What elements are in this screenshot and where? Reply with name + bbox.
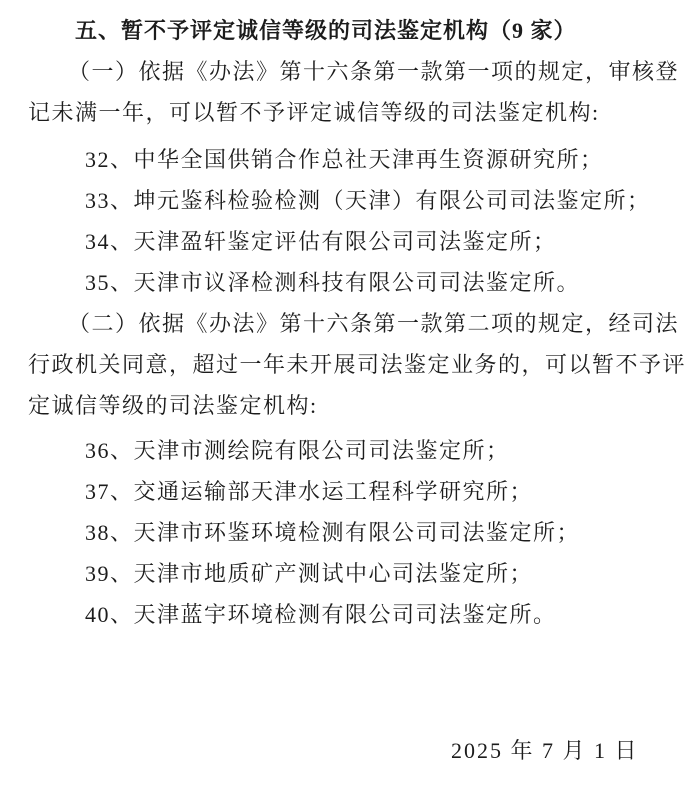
section-1-intro-line-2: 记未满一年，可以暂不予评定诚信等级的司法鉴定机构: bbox=[28, 92, 690, 133]
list-item-39: 39、天津市地质矿产测试中心司法鉴定所； bbox=[28, 553, 690, 594]
document-date: 2025 年 7 月 1 日 bbox=[28, 730, 690, 771]
list-item-33: 33、坤元鉴科检验检测（天津）有限公司司法鉴定所； bbox=[28, 180, 690, 221]
section-2-intro-line-1: （二）依据《办法》第十六条第一款第二项的规定，经司法 bbox=[28, 303, 690, 344]
list-item-35: 35、天津市议泽检测科技有限公司司法鉴定所。 bbox=[28, 262, 690, 303]
section-2-intro-line-2: 行政机关同意，超过一年未开展司法鉴定业务的，可以暂不予评 bbox=[28, 344, 690, 385]
document-heading: 五、暂不予评定诚信等级的司法鉴定机构（9 家） bbox=[28, 10, 690, 51]
list-item-38: 38、天津市环鉴环境检测有限公司司法鉴定所； bbox=[28, 512, 690, 553]
list-item-37: 37、交通运输部天津水运工程科学研究所； bbox=[28, 471, 690, 512]
section-2-intro-line-3: 定诚信等级的司法鉴定机构: bbox=[28, 385, 690, 426]
section-1-intro-line-1: （一）依据《办法》第十六条第一款第一项的规定，审核登 bbox=[28, 51, 690, 92]
list-item-34: 34、天津盈轩鉴定评估有限公司司法鉴定所； bbox=[28, 221, 690, 262]
list-item-32: 32、中华全国供销合作总社天津再生资源研究所； bbox=[28, 139, 690, 180]
list-item-40: 40、天津蓝宇环境检测有限公司司法鉴定所。 bbox=[28, 594, 690, 635]
document-page: 五、暂不予评定诚信等级的司法鉴定机构（9 家） （一）依据《办法》第十六条第一款… bbox=[0, 0, 700, 794]
list-item-36: 36、天津市测绘院有限公司司法鉴定所； bbox=[28, 430, 690, 471]
